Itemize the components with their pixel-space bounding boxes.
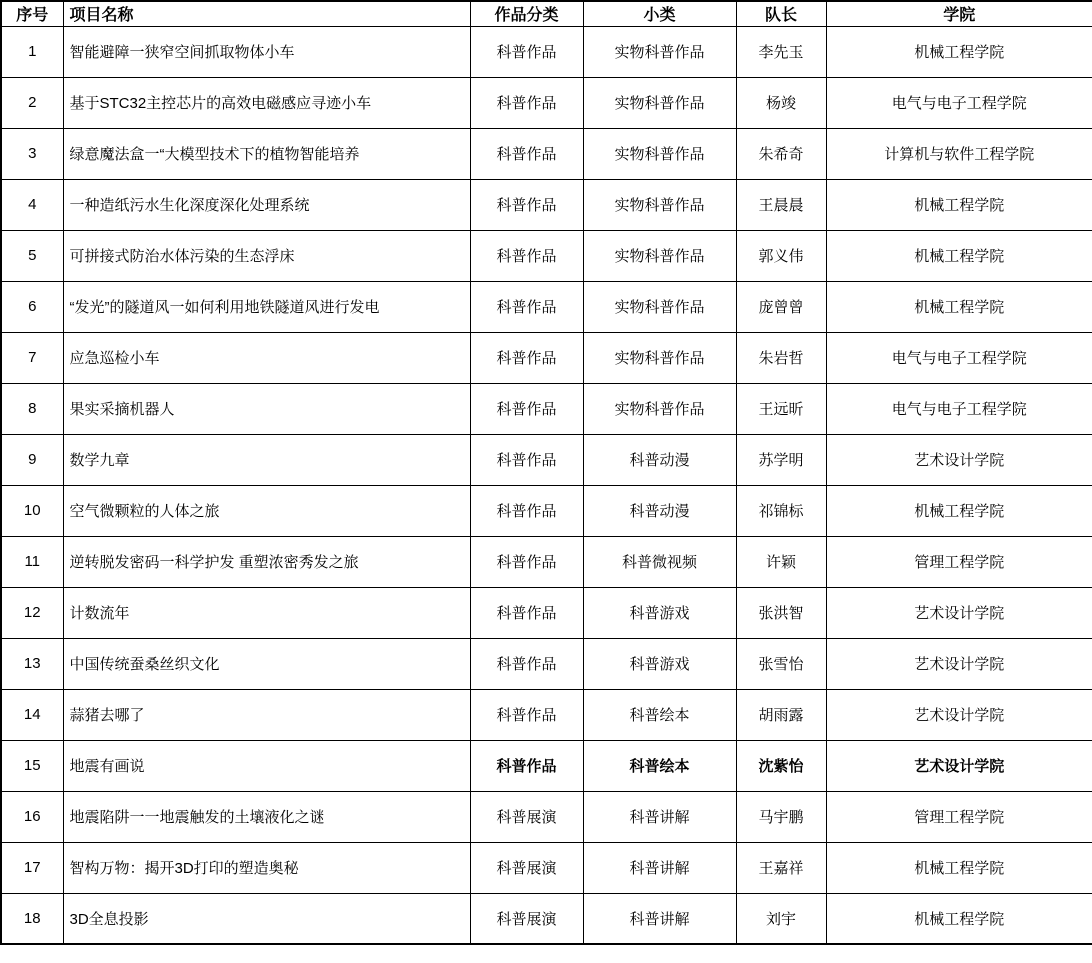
cell-leader: 沈紫怡 [736, 740, 826, 791]
cell-project-name: 一种造纸污水生化深度深化处理系统 [63, 179, 470, 230]
cell-leader: 庞曾曾 [736, 281, 826, 332]
cell-project-name: 空气微颗粒的人体之旅 [63, 485, 470, 536]
cell-subcategory: 实物科普作品 [583, 281, 736, 332]
header-subcategory: 小类 [583, 1, 736, 26]
cell-college: 机械工程学院 [826, 842, 1092, 893]
cell-college: 艺术设计学院 [826, 689, 1092, 740]
cell-no: 1 [1, 26, 63, 77]
cell-subcategory: 实物科普作品 [583, 77, 736, 128]
cell-category: 科普作品 [470, 434, 583, 485]
cell-leader: 许颖 [736, 536, 826, 587]
cell-college: 管理工程学院 [826, 791, 1092, 842]
cell-college: 机械工程学院 [826, 485, 1092, 536]
cell-no: 5 [1, 230, 63, 281]
cell-category: 科普展演 [470, 791, 583, 842]
cell-college: 艺术设计学院 [826, 587, 1092, 638]
table-row: 2基于STC32主控芯片的高效电磁感应寻迹小车科普作品实物科普作品杨竣电气与电子… [1, 77, 1092, 128]
header-college: 学院 [826, 1, 1092, 26]
table-row: 15地震有画说科普作品科普绘本沈紫怡艺术设计学院 [1, 740, 1092, 791]
cell-project-name: 地震陷阱一一地震触发的土壤液化之谜 [63, 791, 470, 842]
cell-leader: 杨竣 [736, 77, 826, 128]
table-row: 8果实采摘机器人科普作品实物科普作品王远昕电气与电子工程学院 [1, 383, 1092, 434]
header-leader: 队长 [736, 1, 826, 26]
header-name: 项目名称 [63, 1, 470, 26]
table-row: 5可拼接式防治水体污染的生态浮床科普作品实物科普作品郭义伟机械工程学院 [1, 230, 1092, 281]
cell-no: 3 [1, 128, 63, 179]
cell-no: 14 [1, 689, 63, 740]
cell-category: 科普作品 [470, 689, 583, 740]
cell-leader: 祁锦标 [736, 485, 826, 536]
cell-college: 机械工程学院 [826, 26, 1092, 77]
cell-project-name: 计数流年 [63, 587, 470, 638]
cell-subcategory: 科普游戏 [583, 638, 736, 689]
cell-category: 科普作品 [470, 332, 583, 383]
header-no: 序号 [1, 1, 63, 26]
cell-project-name: 可拼接式防治水体污染的生态浮床 [63, 230, 470, 281]
cell-category: 科普作品 [470, 77, 583, 128]
cell-leader: 刘宇 [736, 893, 826, 944]
cell-subcategory: 科普讲解 [583, 893, 736, 944]
cell-college: 机械工程学院 [826, 179, 1092, 230]
cell-leader: 苏学明 [736, 434, 826, 485]
cell-project-name: 地震有画说 [63, 740, 470, 791]
cell-leader: 王远昕 [736, 383, 826, 434]
cell-no: 6 [1, 281, 63, 332]
cell-category: 科普作品 [470, 26, 583, 77]
cell-no: 18 [1, 893, 63, 944]
cell-subcategory: 科普微视频 [583, 536, 736, 587]
cell-project-name: 蒜猪去哪了 [63, 689, 470, 740]
cell-leader: 张洪智 [736, 587, 826, 638]
cell-no: 9 [1, 434, 63, 485]
cell-category: 科普展演 [470, 842, 583, 893]
cell-project-name: 基于STC32主控芯片的高效电磁感应寻迹小车 [63, 77, 470, 128]
cell-college: 计算机与软件工程学院 [826, 128, 1092, 179]
table-row: 183D全息投影科普展演科普讲解刘宇机械工程学院 [1, 893, 1092, 944]
cell-leader: 朱岩哲 [736, 332, 826, 383]
cell-leader: 王晨晨 [736, 179, 826, 230]
cell-subcategory: 科普绘本 [583, 740, 736, 791]
cell-subcategory: 科普动漫 [583, 434, 736, 485]
cell-category: 科普作品 [470, 179, 583, 230]
cell-project-name: “发光”的隧道风一如何利用地铁隧道风进行发电 [63, 281, 470, 332]
cell-category: 科普作品 [470, 536, 583, 587]
table-row: 6“发光”的隧道风一如何利用地铁隧道风进行发电科普作品实物科普作品庞曾曾机械工程… [1, 281, 1092, 332]
cell-leader: 马宇鹏 [736, 791, 826, 842]
cell-college: 艺术设计学院 [826, 434, 1092, 485]
cell-subcategory: 实物科普作品 [583, 383, 736, 434]
cell-no: 2 [1, 77, 63, 128]
cell-college: 电气与电子工程学院 [826, 77, 1092, 128]
cell-project-name: 智能避障一狭窄空间抓取物体小车 [63, 26, 470, 77]
cell-college: 管理工程学院 [826, 536, 1092, 587]
cell-subcategory: 科普绘本 [583, 689, 736, 740]
cell-no: 4 [1, 179, 63, 230]
table-row: 10空气微颗粒的人体之旅科普作品科普动漫祁锦标机械工程学院 [1, 485, 1092, 536]
cell-project-name: 智构万物：揭开3D打印的塑造奥秘 [63, 842, 470, 893]
cell-project-name: 果实采摘机器人 [63, 383, 470, 434]
cell-no: 11 [1, 536, 63, 587]
cell-leader: 朱希奇 [736, 128, 826, 179]
table-row: 12计数流年科普作品科普游戏张洪智艺术设计学院 [1, 587, 1092, 638]
project-table: 序号 项目名称 作品分类 小类 队长 学院 1智能避障一狭窄空间抓取物体小车科普… [0, 0, 1092, 945]
cell-category: 科普作品 [470, 587, 583, 638]
cell-leader: 王嘉祥 [736, 842, 826, 893]
cell-no: 12 [1, 587, 63, 638]
table-body: 1智能避障一狭窄空间抓取物体小车科普作品实物科普作品李先玉机械工程学院2基于ST… [1, 26, 1092, 944]
cell-category: 科普展演 [470, 893, 583, 944]
cell-project-name: 中国传统蚕桑丝织文化 [63, 638, 470, 689]
cell-category: 科普作品 [470, 383, 583, 434]
cell-category: 科普作品 [470, 740, 583, 791]
cell-project-name: 逆转脱发密码一科学护发 重塑浓密秀发之旅 [63, 536, 470, 587]
cell-no: 17 [1, 842, 63, 893]
table-row: 11逆转脱发密码一科学护发 重塑浓密秀发之旅科普作品科普微视频许颖管理工程学院 [1, 536, 1092, 587]
cell-project-name: 绿意魔法盒一“大模型技术下的植物智能培养 [63, 128, 470, 179]
cell-subcategory: 科普游戏 [583, 587, 736, 638]
cell-no: 10 [1, 485, 63, 536]
table-row: 7应急巡检小车科普作品实物科普作品朱岩哲电气与电子工程学院 [1, 332, 1092, 383]
cell-subcategory: 科普讲解 [583, 842, 736, 893]
table-row: 4一种造纸污水生化深度深化处理系统科普作品实物科普作品王晨晨机械工程学院 [1, 179, 1092, 230]
cell-category: 科普作品 [470, 281, 583, 332]
table-row: 16地震陷阱一一地震触发的土壤液化之谜科普展演科普讲解马宇鹏管理工程学院 [1, 791, 1092, 842]
cell-no: 8 [1, 383, 63, 434]
cell-subcategory: 实物科普作品 [583, 332, 736, 383]
cell-leader: 李先玉 [736, 26, 826, 77]
table-row: 17智构万物：揭开3D打印的塑造奥秘科普展演科普讲解王嘉祥机械工程学院 [1, 842, 1092, 893]
cell-subcategory: 实物科普作品 [583, 26, 736, 77]
cell-category: 科普作品 [470, 230, 583, 281]
cell-category: 科普作品 [470, 485, 583, 536]
cell-leader: 张雪怡 [736, 638, 826, 689]
cell-no: 15 [1, 740, 63, 791]
cell-category: 科普作品 [470, 638, 583, 689]
table-header-row: 序号 项目名称 作品分类 小类 队长 学院 [1, 1, 1092, 26]
cell-college: 机械工程学院 [826, 893, 1092, 944]
table-row: 3绿意魔法盒一“大模型技术下的植物智能培养科普作品实物科普作品朱希奇计算机与软件… [1, 128, 1092, 179]
cell-subcategory: 科普动漫 [583, 485, 736, 536]
cell-no: 7 [1, 332, 63, 383]
cell-subcategory: 实物科普作品 [583, 230, 736, 281]
cell-subcategory: 科普讲解 [583, 791, 736, 842]
cell-college: 机械工程学院 [826, 230, 1092, 281]
cell-leader: 胡雨露 [736, 689, 826, 740]
cell-college: 艺术设计学院 [826, 638, 1092, 689]
cell-project-name: 3D全息投影 [63, 893, 470, 944]
table-row: 9数学九章科普作品科普动漫苏学明艺术设计学院 [1, 434, 1092, 485]
cell-no: 16 [1, 791, 63, 842]
cell-college: 艺术设计学院 [826, 740, 1092, 791]
table-row: 14蒜猪去哪了科普作品科普绘本胡雨露艺术设计学院 [1, 689, 1092, 740]
cell-subcategory: 实物科普作品 [583, 179, 736, 230]
cell-college: 机械工程学院 [826, 281, 1092, 332]
cell-leader: 郭义伟 [736, 230, 826, 281]
table-row: 1智能避障一狭窄空间抓取物体小车科普作品实物科普作品李先玉机械工程学院 [1, 26, 1092, 77]
project-list-sheet: 序号 项目名称 作品分类 小类 队长 学院 1智能避障一狭窄空间抓取物体小车科普… [0, 0, 1092, 963]
cell-project-name: 数学九章 [63, 434, 470, 485]
table-row: 13中国传统蚕桑丝织文化科普作品科普游戏张雪怡艺术设计学院 [1, 638, 1092, 689]
cell-college: 电气与电子工程学院 [826, 332, 1092, 383]
cell-college: 电气与电子工程学院 [826, 383, 1092, 434]
cell-category: 科普作品 [470, 128, 583, 179]
cell-subcategory: 实物科普作品 [583, 128, 736, 179]
header-category: 作品分类 [470, 1, 583, 26]
cell-project-name: 应急巡检小车 [63, 332, 470, 383]
cell-no: 13 [1, 638, 63, 689]
